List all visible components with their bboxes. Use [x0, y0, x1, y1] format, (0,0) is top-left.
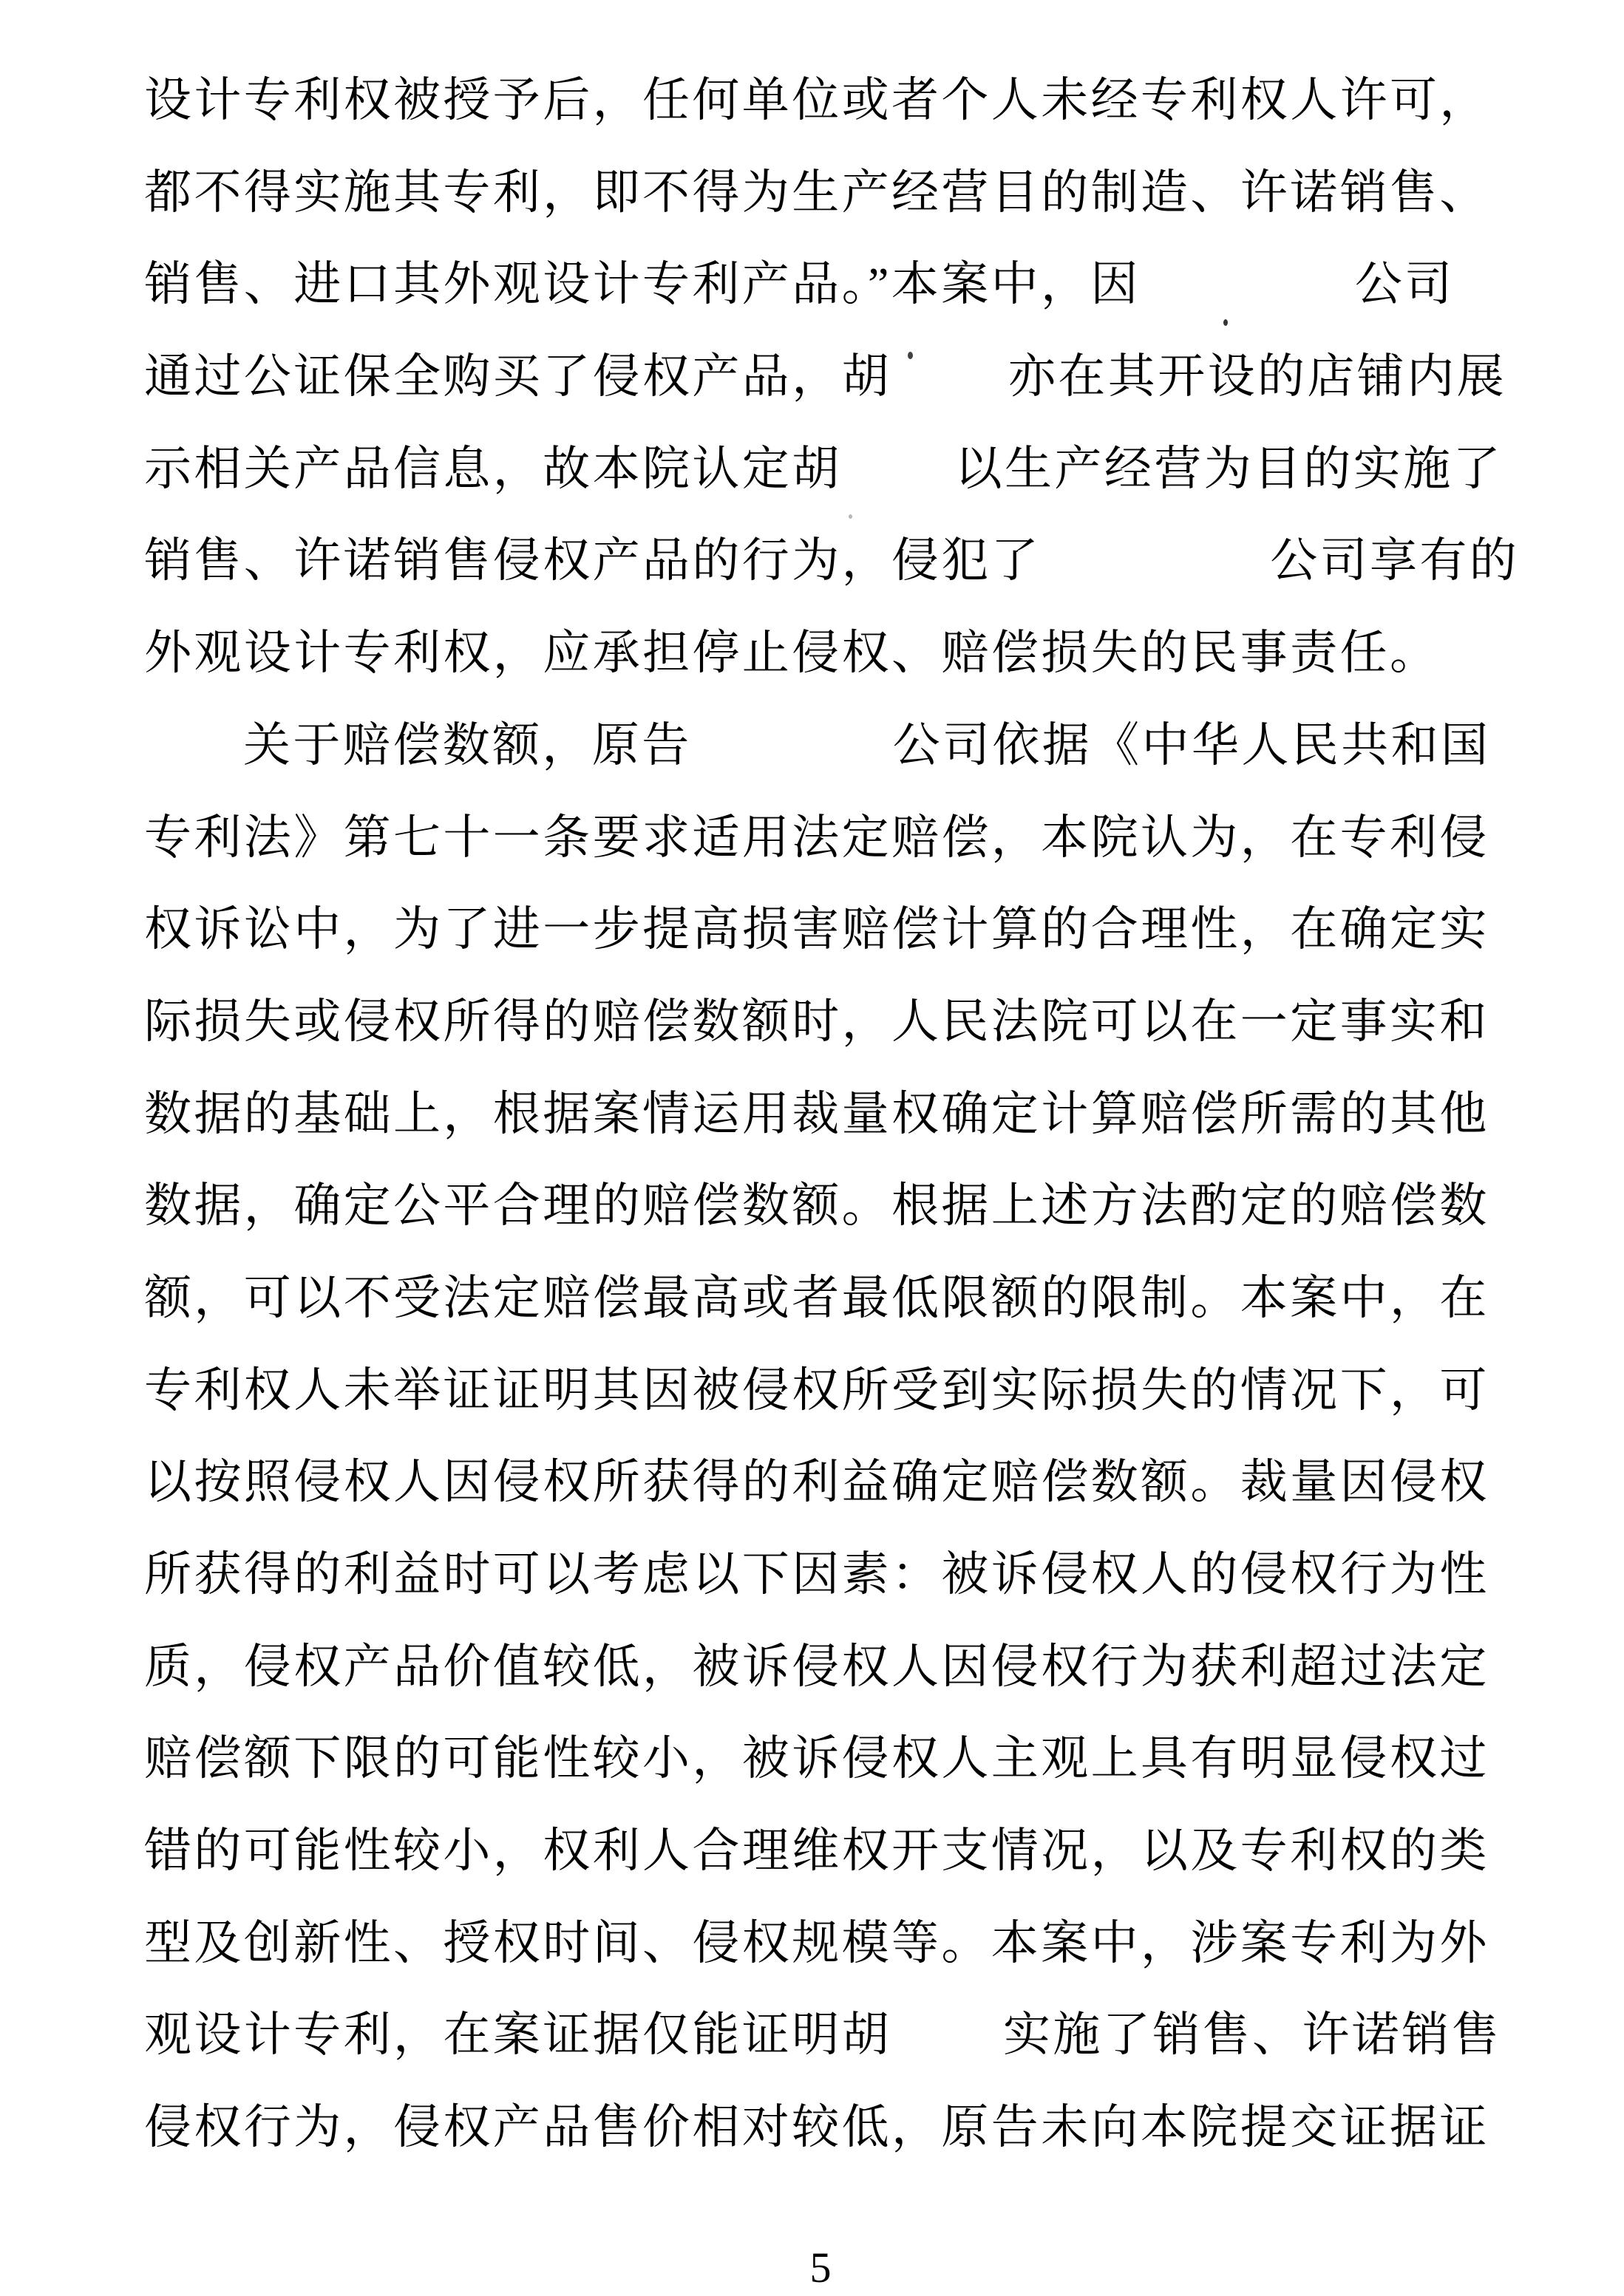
- text-segment: 质，侵权产品价值较低，被诉侵权人因侵权行为获利超过法定: [144, 1641, 1489, 1693]
- text-line: 以按照侵权人因侵权所获得的利益确定赔偿数额。裁量因侵权: [144, 1437, 1549, 1529]
- text-segment: 实施了销售、许诺销售: [1003, 2009, 1501, 2061]
- text-segment: 亦在其开设的店铺内展: [1008, 350, 1506, 403]
- text-line: 观设计专利，在案证据仅能证明胡实施了销售、许诺销售: [144, 1989, 1549, 2082]
- text-lines: 设计专利权被授予后，任何单位或者个人未经专利权人许可，都不得实施其专利，即不得为…: [144, 55, 1549, 2174]
- text-segment: 数据，确定公平合理的赔偿数额。根据上述方法酌定的赔偿数: [144, 1179, 1489, 1232]
- text-line: 质，侵权产品价值较低，被诉侵权人因侵权行为获利超过法定: [144, 1621, 1549, 1714]
- text-segment: 错的可能性较小，权利人合理维权开支情况，以及专利权的类: [144, 1825, 1489, 1877]
- redaction-gap: [842, 483, 955, 485]
- redaction-residue-dot: [1051, 653, 1056, 658]
- redaction-gap: [692, 760, 893, 761]
- text-segment: 示相关产品信息，故本院认定胡: [144, 443, 842, 495]
- text-line: 型及创新性、授权时间、侵权规模等。本案中，涉案专利为外: [144, 1898, 1549, 1990]
- text-segment: 专利权人未举证证明其因被侵权所受到实际损失的情况下，可: [144, 1364, 1489, 1417]
- text-segment: 额，可以不受法定赔偿最高或者最低限额的限制。本案中，在: [144, 1272, 1489, 1324]
- text-line: 数据，确定公平合理的赔偿数额。根据上述方法酌定的赔偿数: [144, 1160, 1549, 1253]
- redaction-gap: [1141, 299, 1355, 300]
- text-line: 赔偿额下限的可能性较小，被诉侵权人主观上具有明显侵权过: [144, 1713, 1549, 1805]
- text-line: 通过公证保全购买了侵权产品，胡亦在其开设的店铺内展: [144, 331, 1549, 423]
- text-segment: 权诉讼中，为了进一步提高损害赔偿计算的合理性，在确定实: [144, 903, 1489, 955]
- text-segment: 公司享有的: [1270, 534, 1519, 587]
- text-segment: 关于赔偿数额，原告: [243, 719, 692, 771]
- text-segment: 以按照侵权人因侵权所获得的利益确定赔偿数额。裁量因侵权: [144, 1456, 1489, 1508]
- text-segment: 外观设计专利权，应承担停止侵权、赔偿损失的民事责任。: [144, 627, 1439, 679]
- redaction-residue-dot: [849, 514, 852, 519]
- text-line: 际损失或侵权所得的赔偿数额时，人民法院可以在一定事实和: [144, 976, 1549, 1069]
- text-line: 都不得实施其专利，即不得为生产经营目的制造、许诺销售、: [144, 147, 1549, 239]
- text-line: 专利法》第七十一条要求适用法定赔偿，本院认为，在专利侵: [144, 792, 1549, 885]
- text-segment: 型及创新性、授权时间、侵权规模等。本案中，涉案专利为外: [144, 1917, 1489, 1969]
- redaction-gap: [1041, 575, 1270, 576]
- text-segment: 侵权行为，侵权产品售价相对较低，原告未向本院提交证据证: [144, 2101, 1489, 2153]
- text-segment: 赔偿额下限的可能性较小，被诉侵权人主观上具有明显侵权过: [144, 1732, 1489, 1785]
- text-segment: 所获得的利益时可以考虑以下因素：被诉侵权人的侵权行为性: [144, 1548, 1489, 1601]
- text-segment: 销售、进口其外观设计专利产品。”本案中，因: [144, 258, 1141, 310]
- text-segment: 公司: [1355, 258, 1455, 310]
- text-line: 额，可以不受法定赔偿最高或者最低限额的限制。本案中，在: [144, 1253, 1549, 1345]
- text-segment: 通过公证保全购买了侵权产品，胡: [144, 350, 891, 403]
- redaction-residue-dot: [1223, 319, 1228, 326]
- paragraph-indent: [144, 760, 243, 761]
- text-line: 关于赔偿数额，原告公司依据《中华人民共和国: [144, 700, 1549, 792]
- text-line: 错的可能性较小，权利人合理维权开支情况，以及专利权的类: [144, 1805, 1549, 1898]
- redaction-gap: [891, 391, 1008, 392]
- text-line: 数据的基础上，根据案情运用裁量权确定计算赔偿所需的其他: [144, 1069, 1549, 1161]
- redaction-residue-dot: [908, 352, 913, 359]
- text-segment: 都不得实施其专利，即不得为生产经营目的制造、许诺销售、: [144, 166, 1489, 219]
- text-line: 示相关产品信息，故本院认定胡以生产经营为目的实施了: [144, 423, 1549, 516]
- text-segment: 专利法》第七十一条要求适用法定赔偿，本院认为，在专利侵: [144, 811, 1489, 864]
- text-line: 专利权人未举证证明其因被侵权所受到实际损失的情况下，可: [144, 1345, 1549, 1437]
- text-segment: 数据的基础上，根据案情运用裁量权确定计算赔偿所需的其他: [144, 1088, 1489, 1140]
- page-number: 5: [144, 2244, 1497, 2292]
- text-line: 销售、进口其外观设计专利产品。”本案中，因公司: [144, 239, 1549, 331]
- text-line: 设计专利权被授予后，任何单位或者个人未经专利权人许可，: [144, 55, 1549, 147]
- text-line: 外观设计专利权，应承担停止侵权、赔偿损失的民事责任。: [144, 607, 1549, 700]
- text-segment: 观设计专利，在案证据仅能证明胡: [144, 2009, 891, 2061]
- text-segment: 销售、许诺销售侵权产品的行为，侵犯了: [144, 534, 1041, 587]
- text-line: 侵权行为，侵权产品售价相对较低，原告未向本院提交证据证: [144, 2082, 1549, 2174]
- redaction-gap: [891, 2049, 1003, 2051]
- document-page: { "document": { "kind": "scanned-court-j…: [0, 0, 1624, 2296]
- text-line: 所获得的利益时可以考虑以下因素：被诉侵权人的侵权行为性: [144, 1529, 1549, 1621]
- text-segment: 以生产经营为目的实施了: [955, 443, 1503, 495]
- text-segment: 设计专利权被授予后，任何单位或者个人未经专利权人许可，: [144, 74, 1489, 126]
- text-segment: 公司依据《中华人民共和国: [893, 719, 1491, 771]
- text-line: 销售、许诺销售侵权产品的行为，侵犯了公司享有的: [144, 515, 1549, 607]
- text-line: 权诉讼中，为了进一步提高损害赔偿计算的合理性，在确定实: [144, 884, 1549, 976]
- text-segment: 际损失或侵权所得的赔偿数额时，人民法院可以在一定事实和: [144, 995, 1489, 1048]
